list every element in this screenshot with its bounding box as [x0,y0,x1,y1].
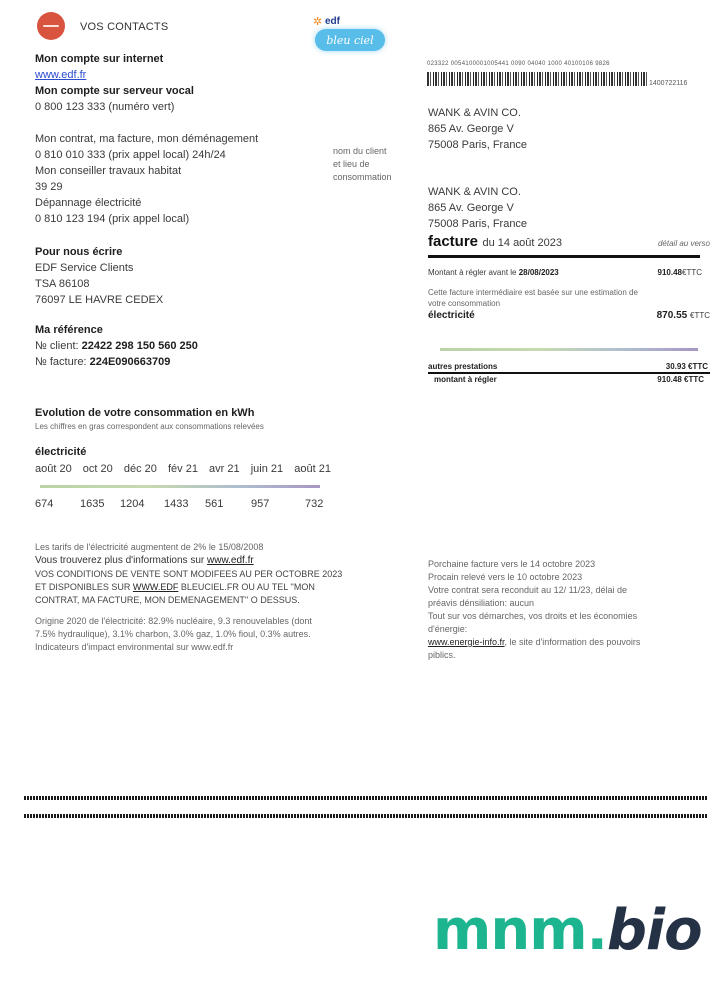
recipient-address-1: WANK & AVIN CO. 865 Av. George V 75008 P… [428,105,527,153]
next-reading: Procain relevé vers le 10 octobre 2023 [428,571,713,584]
client-note: nom du client et lieu de consommation [333,145,413,184]
barcode-digits: 023322 0054100001005441 0090 04040 1000 … [427,61,610,67]
reference-block: Ma référence № client: 22422 298 150 560… [35,322,355,370]
edf-star-icon: ✲ [313,15,322,28]
due-row: Montant à régler avant le 28/08/2023 910… [428,267,702,278]
dotted-separator-2 [24,814,708,818]
invoice-number: 224E090663709 [90,356,171,368]
electricity-row: électricité 870.55 €TTC [428,309,710,323]
origin-line-2: 7.5% hydraulique), 3.1% charbon, 3.0% ga… [35,628,395,641]
internet-title: Mon compte sur internet [35,51,335,67]
other-services-row: autres prestations 30.93 €TTC [428,361,708,372]
origin-line-3: Indicateurs d'impact environmental sur w… [35,641,395,654]
invoice-gradient-line [440,348,698,351]
repair-title: Dépannage électricité [35,195,335,211]
barcode [427,72,647,86]
dotted-separator-1 [24,796,708,800]
origin-line-1: Origine 2020 de l'électricité: 82.9% nuc… [35,615,395,628]
notices-block: Les tarifs de l'électricité augmentent d… [35,541,395,654]
next-invoice: Porchaine facture vers le 14 octobre 202… [428,558,713,571]
due-amount: 910.48 [658,268,682,277]
edf-bleuciel-link[interactable]: WWW.EDF [133,582,179,592]
recipient-address-2: WANK & AVIN CO. 865 Av. George V 75008 P… [428,184,527,232]
reference-title: Ma référence [35,322,355,338]
contacts-block: Mon compte sur internet www.edf.fr Mon c… [35,51,335,227]
invoice-header-divider [428,255,700,258]
energy-label: électricité [35,444,335,460]
consumption-periods: août 20 oct 20 déc 20 fév 21 avr 21 juin… [35,461,331,477]
invoice-date: du 14 août 2023 [482,237,562,249]
due-date: 28/08/2023 [519,268,559,277]
consumption-gradient-line [40,485,320,488]
write-block: Pour nous écrire EDF Service Clients TSA… [35,244,335,308]
advisor-title: Mon conseiller travaux habitat [35,163,335,179]
vocal-number: 0 800 123 333 (numéro vert) [35,99,335,115]
energy-info-link[interactable]: www.energie-info.fr [428,637,505,647]
edf-bleu-ciel-logo: ✲ edf bleu ciel [313,16,387,54]
barcode-id: 1400722116 [649,80,687,87]
detail-note: détail au verso [658,238,710,249]
consumption-title: Evolution de votre consommation en kWh [35,405,335,421]
advisor-number: 39 29 [35,179,335,195]
electricity-amount: 870.55 [657,310,688,321]
client-number: 22422 298 150 560 250 [82,340,198,352]
contract-title: Mon contrat, ma facture, mon déménagemen… [35,131,335,147]
contacts-title: VOS CONTACTS [80,21,168,33]
provider-circle-logo [37,12,65,40]
consumption-section: Evolution de votre consommation en kWh L… [35,405,335,512]
total-row: montant à régler 910.48 €TTC [428,374,704,385]
invoice-block: facture du 14 août 2023 détail au verso … [428,233,710,385]
schedule-block: Porchaine facture vers le 14 octobre 202… [428,558,713,662]
cloud-badge: bleu ciel [315,29,385,51]
total-amount: 910.48 €TTC [657,374,704,385]
invoice-title: facture [428,233,478,250]
watermark-logo: mnm.bio [433,893,702,969]
consumption-subtitle: Les chiffres en gras correspondent aux c… [35,421,335,432]
write-title: Pour nous écrire [35,244,335,260]
edf-info-link[interactable]: www.edf.fr [207,555,254,566]
vocal-title: Mon compte sur serveur vocal [35,83,335,99]
tariff-notice: Les tarifs de l'électricité augmentent d… [35,541,395,554]
consumption-values: 674 1635 1204 1433 561 957 732 [35,496,331,512]
internet-link[interactable]: www.edf.fr [35,67,335,83]
repair-number: 0 810 123 194 (prix appel local) [35,211,335,227]
contract-number: 0 810 010 333 (prix appel local) 24h/24 [35,147,335,163]
